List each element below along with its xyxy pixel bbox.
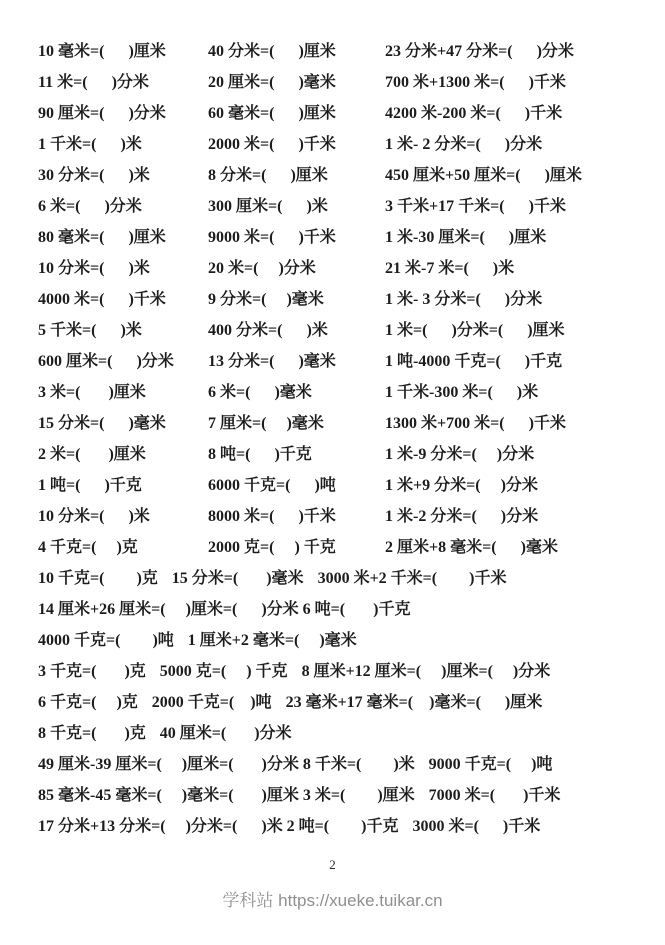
problem-row: 10 毫米=( )厘米40 分米=( )厘米23 分米+47 分米=( )分米 bbox=[38, 36, 655, 67]
problem-cell: 10 毫米=( )厘米 bbox=[38, 36, 208, 67]
problem-cell: 9000 米=( )千米 bbox=[208, 222, 385, 253]
problem-row: 49 厘米-39 厘米=( )厘米=( )分米 8 千米=( )米9000 千克… bbox=[38, 749, 655, 780]
problem-row: 1 千米=( )米2000 米=( )千米1 米- 2 分米=( )分米 bbox=[38, 129, 655, 160]
problem-cell: 49 厘米-39 厘米=( )厘米=( )分米 8 千米=( )米 bbox=[38, 749, 415, 780]
problem-row: 90 厘米=( )分米60 毫米=( )厘米4200 米-200 米=( )千米 bbox=[38, 98, 655, 129]
problem-cell: 10 分米=( )米 bbox=[38, 501, 208, 532]
problem-cell: 2 米=( )厘米 bbox=[38, 439, 208, 470]
problem-cell: 1 厘米+2 毫米=( )毫米 bbox=[188, 625, 357, 656]
problem-cell: 3000 米+2 千米=( )千米 bbox=[318, 563, 507, 594]
problem-row: 6 千克=( )克2000 千克=( )吨23 毫米+17 毫米=( )毫米=(… bbox=[38, 687, 655, 718]
problem-cell: 1 米-30 厘米=( )厘米 bbox=[385, 222, 655, 253]
worksheet-page: 10 毫米=( )厘米40 分米=( )厘米23 分米+47 分米=( )分米1… bbox=[0, 0, 665, 945]
problem-cell: 17 分米+13 分米=( )分米=( )米 2 吨=( )千克 bbox=[38, 811, 398, 842]
problem-row: 10 分米=( )米20 米=( )分米21 米-7 米=( )米 bbox=[38, 253, 655, 284]
problem-cell: 1 米-9 分米=( )分米 bbox=[385, 439, 655, 470]
problem-cell: 400 分米=( )米 bbox=[208, 315, 385, 346]
problem-row: 8 千克=( )克40 厘米=( )分米 bbox=[38, 718, 655, 749]
problem-cell: 60 毫米=( )厘米 bbox=[208, 98, 385, 129]
site-footer-link[interactable]: 学科站 https://xueke.tuikar.cn bbox=[0, 886, 665, 911]
problem-row: 3 米=( )厘米6 米=( )毫米1 千米-300 米=( )米 bbox=[38, 377, 655, 408]
problem-cell: 4000 米=( )千米 bbox=[38, 284, 208, 315]
problem-cell: 2000 千克=( )吨 bbox=[152, 687, 272, 718]
problem-cell: 8 分米=( )厘米 bbox=[208, 160, 385, 191]
problem-row: 1 吨=( )千克6000 千克=( )吨1 米+9 分米=( )分米 bbox=[38, 470, 655, 501]
problem-cell: 7 厘米=( )毫米 bbox=[208, 408, 385, 439]
problem-row: 6 米=( )分米300 厘米=( )米3 千米+17 千米=( )千米 bbox=[38, 191, 655, 222]
problem-cell: 4200 米-200 米=( )千米 bbox=[385, 98, 655, 129]
problem-cell: 2000 克=( ) 千克 bbox=[208, 532, 385, 563]
problem-list: 10 毫米=( )厘米40 分米=( )厘米23 分米+47 分米=( )分米1… bbox=[38, 36, 655, 842]
problem-cell: 5 千米=( )米 bbox=[38, 315, 208, 346]
problem-cell: 23 分米+47 分米=( )分米 bbox=[385, 36, 655, 67]
problem-cell: 2000 米=( )千米 bbox=[208, 129, 385, 160]
problem-cell: 3 米=( )厘米 bbox=[38, 377, 208, 408]
problem-cell: 6 米=( )毫米 bbox=[208, 377, 385, 408]
problem-cell: 13 分米=( )毫米 bbox=[208, 346, 385, 377]
problem-cell: 10 千克=( )克 bbox=[38, 563, 158, 594]
problem-row: 17 分米+13 分米=( )分米=( )米 2 吨=( )千克3000 米=(… bbox=[38, 811, 655, 842]
problem-cell: 1 米- 2 分米=( )分米 bbox=[385, 129, 655, 160]
problem-row: 600 厘米=( )分米13 分米=( )毫米1 吨-4000 千克=( )千克 bbox=[38, 346, 655, 377]
problem-cell: 23 毫米+17 毫米=( )毫米=( )厘米 bbox=[286, 687, 543, 718]
problem-cell: 8 吨=( )千克 bbox=[208, 439, 385, 470]
problem-cell: 300 厘米=( )米 bbox=[208, 191, 385, 222]
problem-cell: 4 千克=( )克 bbox=[38, 532, 208, 563]
problem-cell: 6000 千克=( )吨 bbox=[208, 470, 385, 501]
problem-row: 11 米=( )分米20 厘米=( )毫米700 米+1300 米=( )千米 bbox=[38, 67, 655, 98]
problem-cell: 6 千克=( )克 bbox=[38, 687, 138, 718]
problem-row: 4000 千克=( )吨1 厘米+2 毫米=( )毫米 bbox=[38, 625, 655, 656]
problem-cell: 11 米=( )分米 bbox=[38, 67, 208, 98]
problem-cell: 9000 千克=( )吨 bbox=[429, 749, 553, 780]
problem-cell: 700 米+1300 米=( )千米 bbox=[385, 67, 655, 98]
problem-cell: 8 厘米+12 厘米=( )厘米=( )分米 bbox=[302, 656, 551, 687]
problem-cell: 450 厘米+50 厘米=( )厘米 bbox=[385, 160, 655, 191]
problem-cell: 15 分米=( )毫米 bbox=[38, 408, 208, 439]
problem-cell: 7000 米=( )千米 bbox=[429, 780, 561, 811]
problem-cell: 15 分米=( )毫米 bbox=[172, 563, 304, 594]
problem-cell: 1 米- 3 分米=( )分米 bbox=[385, 284, 655, 315]
problem-cell: 1 米=( )分米=( )厘米 bbox=[385, 315, 655, 346]
problem-row: 3 千克=( )克5000 克=( ) 千克8 厘米+12 厘米=( )厘米=(… bbox=[38, 656, 655, 687]
problem-row: 14 厘米+26 厘米=( )厘米=( )分米 6 吨=( )千克 bbox=[38, 594, 655, 625]
problem-cell: 10 分米=( )米 bbox=[38, 253, 208, 284]
problem-cell: 40 厘米=( )分米 bbox=[160, 718, 292, 749]
problem-cell: 1 吨-4000 千克=( )千克 bbox=[385, 346, 655, 377]
problem-row: 10 千克=( )克15 分米=( )毫米3000 米+2 千米=( )千米 bbox=[38, 563, 655, 594]
problem-cell: 85 毫米-45 毫米=( )毫米=( )厘米 3 米=( )厘米 bbox=[38, 780, 415, 811]
problem-cell: 1 吨=( )千克 bbox=[38, 470, 208, 501]
problem-cell: 3 千米+17 千米=( )千米 bbox=[385, 191, 655, 222]
problem-cell: 80 毫米=( )厘米 bbox=[38, 222, 208, 253]
problem-row: 4 千克=( )克2000 克=( ) 千克2 厘米+8 毫米=( )毫米 bbox=[38, 532, 655, 563]
problem-row: 30 分米=( )米8 分米=( )厘米450 厘米+50 厘米=( )厘米 bbox=[38, 160, 655, 191]
problem-row: 4000 米=( )千米9 分米=( )毫米1 米- 3 分米=( )分米 bbox=[38, 284, 655, 315]
problem-cell: 1 米+9 分米=( )分米 bbox=[385, 470, 655, 501]
problem-cell: 8000 米=( )千米 bbox=[208, 501, 385, 532]
problem-cell: 6 米=( )分米 bbox=[38, 191, 208, 222]
page-number: 2 bbox=[0, 857, 665, 873]
problem-cell: 14 厘米+26 厘米=( )厘米=( )分米 6 吨=( )千克 bbox=[38, 594, 410, 625]
problem-row: 2 米=( )厘米8 吨=( )千克1 米-9 分米=( )分米 bbox=[38, 439, 655, 470]
problem-cell: 4000 千克=( )吨 bbox=[38, 625, 174, 656]
problem-cell: 5000 克=( ) 千克 bbox=[160, 656, 288, 687]
problem-cell: 30 分米=( )米 bbox=[38, 160, 208, 191]
problem-cell: 600 厘米=( )分米 bbox=[38, 346, 208, 377]
problem-row: 80 毫米=( )厘米9000 米=( )千米1 米-30 厘米=( )厘米 bbox=[38, 222, 655, 253]
problem-cell: 20 厘米=( )毫米 bbox=[208, 67, 385, 98]
problem-cell: 1300 米+700 米=( )千米 bbox=[385, 408, 655, 439]
problem-cell: 2 厘米+8 毫米=( )毫米 bbox=[385, 532, 655, 563]
problem-row: 15 分米=( )毫米7 厘米=( )毫米1300 米+700 米=( )千米 bbox=[38, 408, 655, 439]
problem-cell: 8 千克=( )克 bbox=[38, 718, 146, 749]
problem-cell: 1 米-2 分米=( )分米 bbox=[385, 501, 655, 532]
problem-cell: 1 千米=( )米 bbox=[38, 129, 208, 160]
problem-cell: 1 千米-300 米=( )米 bbox=[385, 377, 655, 408]
problem-cell: 3000 米=( )千米 bbox=[412, 811, 540, 842]
problem-cell: 3 千克=( )克 bbox=[38, 656, 146, 687]
problem-cell: 9 分米=( )毫米 bbox=[208, 284, 385, 315]
problem-cell: 90 厘米=( )分米 bbox=[38, 98, 208, 129]
problem-row: 85 毫米-45 毫米=( )毫米=( )厘米 3 米=( )厘米7000 米=… bbox=[38, 780, 655, 811]
problem-cell: 21 米-7 米=( )米 bbox=[385, 253, 655, 284]
problem-cell: 40 分米=( )厘米 bbox=[208, 36, 385, 67]
problem-row: 5 千米=( )米400 分米=( )米1 米=( )分米=( )厘米 bbox=[38, 315, 655, 346]
problem-row: 10 分米=( )米8000 米=( )千米1 米-2 分米=( )分米 bbox=[38, 501, 655, 532]
problem-cell: 20 米=( )分米 bbox=[208, 253, 385, 284]
